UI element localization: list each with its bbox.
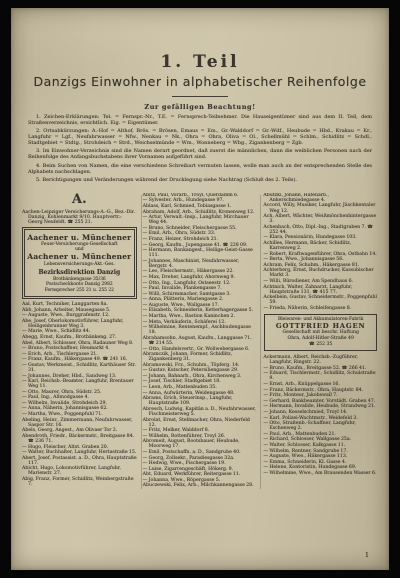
notice-heading: Zur gefälligen Beachtung! <box>11 103 389 111</box>
directory-entry: — Johannes, Maschinist, Neufahrwasser, B… <box>143 259 258 269</box>
directory-entry: Aal, Kurt, Techniker, Langgarten 8a. <box>22 302 137 307</box>
directory-entry: — Hugo, Fleischer, Altst. Graben 20. <box>22 445 137 450</box>
directory-entry: — Sylvester, Arb., Hundegasse 97. <box>143 198 258 203</box>
ad-phone-line: ☎ 252 35 <box>266 342 375 348</box>
notice-paragraph: 4. Beim Suchen von Namen, die eine versc… <box>28 164 372 176</box>
directory-entry: — Frieda, Näherin, Schleifengasse 8. <box>263 306 378 311</box>
directory-entry: — Emil, Arb., Ohra, Südstr. 33. <box>143 231 258 236</box>
directory-entry: Abels, Georg, Angest., Am Olivaer Tor 2. <box>22 428 137 433</box>
directory-entry: — Meta, Verkäuferin, Schäferei 12. <box>143 320 258 325</box>
directory-entry: — Otto, Handelsvertr., Gr. Wollwebergass… <box>143 347 258 352</box>
directory-entry: Abt, Eduard, Werkführer, Reitergasse 11. <box>143 472 258 477</box>
directory-entry: — Paul, Invalide, Plankengasse 7. <box>143 286 258 291</box>
book-page: 1. Teil Danzigs Einwohner in alphabetisc… <box>11 8 389 570</box>
directory-entry: — Walter, Buchhalter, Langfuhr, Hertastr… <box>22 450 137 455</box>
directory-entry: — Auguste, Wwe., Burggrafenstr. 12. <box>22 313 137 318</box>
directory-entry: — Anna, Plätterin, Mariengasse 2. <box>143 297 258 302</box>
directory-entry: — Karl, Reichsb.-Beamter, Langfuhr, Bren… <box>22 379 137 389</box>
directory-entry: — Leon, Arb., Mattenbuden 35. <box>143 385 258 390</box>
directory-entry: Abel, Albert, Schlosser, Ohra, Radauner … <box>22 341 137 346</box>
directory-entry: — Eduard, Tischlermstr., Schidlitz, Schu… <box>263 371 378 381</box>
directory-entry: — Walter, Schlosser, Kalkgasse 11. <box>263 443 378 448</box>
ad-branch-line: Bezirksdirektion Danzig <box>27 269 132 277</box>
directory-entry: Achterberg, Ernst, Buchdrucker, Kassubis… <box>263 268 378 278</box>
directory-entry: Abresch, Ludwig, Kapitän a. D., Neufahrw… <box>143 407 258 417</box>
notice-paragraph: 5. Berichtigungen und Veränderungen währ… <box>28 178 372 184</box>
directory-entry: — Emma, Schneiderin, Kl. Gasse 4. <box>263 460 378 465</box>
directory-entry: — Wilhelmine, Rentenempf., Aschbudengass… <box>143 325 258 335</box>
directory-entry: — Otto, Straßenb.-Schaffner, Langfuhr, E… <box>263 421 378 431</box>
directory-entry: — Georg, Zollsekr., Paradiesgasse 32a. <box>143 456 258 461</box>
directory-entry: — Ernst, Arb., Knüppelgasse 16. <box>263 382 378 387</box>
directory-entry: Abrahamsohn, August, Kaufm., Langgasse 7… <box>143 336 258 346</box>
directory-entry: — Marie, Wwe., Schidlitz 44. <box>22 329 137 334</box>
directory-entry: Abert, Josef, Postassist. a. D., Ohra, H… <box>22 456 137 466</box>
directory-entry: — Willi, Bürodiener, Am Spendhaus 6. <box>263 279 378 284</box>
page-number: 1 <box>365 551 369 559</box>
directory-entry: Abrams, Erich, Steuerinsp., Langfuhr, Ha… <box>143 396 258 406</box>
directory-entry: — Franz, Heizer, Strohdeich 21. <box>143 237 258 242</box>
directory-entry: — Leo, Fleischermstr., Häkergasse 22. <box>143 269 258 274</box>
page-subtitle: Danzigs Einwohner in alphabetischer Reih… <box>11 74 389 89</box>
directory-entry: — Robert, Kraftwagenführer, Ohra, Ostbah… <box>263 252 378 257</box>
column-divider <box>141 195 142 489</box>
directory-entry: — Karl, Polizei-Wachtmstr., Weidefeld 3. <box>263 416 378 421</box>
section-letter-a: A. <box>22 193 137 206</box>
directory-entry: — Gustav, Werkmeist., Schidlitz, Karthäu… <box>22 363 137 373</box>
entries-right-top: Abutzki, Johann, Hafenarb., Ankerschmied… <box>263 193 378 311</box>
directory-entry: Abb, Johann, Arbeiter, Mausegasse 5. <box>22 308 137 313</box>
directory-entry: — Josef, Tischler, Stadtgebiet 18. <box>143 379 258 384</box>
directory-entry: Ackelbein, Gustav, Schneidermstr., Pogge… <box>263 295 378 305</box>
directory-entry: — Helene, Kontoristin, Hundegasse 69. <box>263 465 378 470</box>
directory-entry: — Gustav, Kutscher, Petersiliengasse 29. <box>143 368 258 373</box>
directory-entry: — Hermann, Invalide, Heubude, Strandweg … <box>263 404 378 409</box>
entries-left-bottom: Aal, Kurt, Techniker, Langgarten 8a.Abb,… <box>22 302 137 487</box>
directory-entry: — Anna, Aufwärterin, Weidengasse 48. <box>143 391 258 396</box>
ad-title-line: Aachener u. Münchener <box>27 234 132 243</box>
directory-entry: — Artur, Verwalt.-Insp., Langfuhr, Mirch… <box>143 215 258 225</box>
directory-entry: Achilles, Hermann, Bäcker, Schidlitz, Ka… <box>263 241 378 251</box>
directory-entry: — Wilhelmine, Wwe., Am Brausenden Wasser… <box>263 471 378 476</box>
column-right: Abutzki, Johann, Hafenarb., Ankerschmied… <box>263 193 378 493</box>
directory-entry: Abegg, Ernst, Kaufm., Brotbänkeng. 27. <box>22 335 137 340</box>
directory-entry: — Klara, Pensionärin, Hundegasse 103. <box>263 235 378 240</box>
directory-entry: Abuczewski, Felix, Arb., Milchkannengass… <box>143 483 258 488</box>
directory-entry: — Emil, Postschaffn. a. D., Sandgrube 40… <box>143 450 258 455</box>
entries-middle: Abitz, Paul, Vorarb., Troyl, Querdamm 6.… <box>143 193 258 489</box>
entries-left-top: Aachen-Leipziger Versicherungs-A.-G., Be… <box>22 210 137 225</box>
directory-entry: — Fritz, Monteur, Jakobswall 7. <box>263 393 378 398</box>
title-divider <box>172 96 228 97</box>
directory-entry: — Max, Dreher, Langfuhr, Ahornweg 9. <box>143 275 258 280</box>
directory-entry: — Paul, Ing., Allmodgasse 4. <box>22 395 137 400</box>
directory-entry: Abeling, Heinr., Zimmermann, Neufahrwass… <box>22 418 137 428</box>
directory-entry: Abendroth, Friedr., Bäckermstr., Breitga… <box>22 434 137 444</box>
directory-entry: — Hermann, Bankangest., Heilige-Geist-Ga… <box>143 248 258 258</box>
directory-entry: — Elisabeth, Schneiderin, Ketterhagergas… <box>143 308 258 313</box>
directory-entry: — Wilhelm, Rentner, Sandgrube 17. <box>263 449 378 454</box>
ad-subtitle-line: Lebensversicherungs-Akt.-Ges. <box>27 262 132 267</box>
directory-entry: Ach, Albert, Wächter, Weißmönchenhinterg… <box>263 214 378 224</box>
directory-entry: Abe, Josef, Oberlokomotivführer, Langfuh… <box>22 319 137 329</box>
directory-entry: — Berta, Wwe., Johannisgasse 56. <box>263 257 378 262</box>
page-title: 1. Teil <box>11 52 389 72</box>
directory-entry: — Franz, Bäckermstr., Ohra, Hauptstr. 84… <box>263 388 378 393</box>
directory-entry: — Anna, Näherin, Johannisgasse 62. <box>22 406 137 411</box>
directory-entry: — Franz, Kaufm., Häkergasse 49. ☎ 241 16… <box>22 357 137 362</box>
notice-paragraph: 3. Im Einwohner-Verzeichnis sind die Nam… <box>28 149 372 161</box>
directory-entry: Achtnich, Walter, Zahnarzt, Langfuhr, Ha… <box>263 285 378 295</box>
directory-entry: Abutzki, Johann, Hafenarb., Ankerschmied… <box>263 193 378 203</box>
column-divider <box>260 195 261 489</box>
column-left: A. Aachen-Leipziger Versicherungs-A.-G.,… <box>22 193 137 493</box>
directory-entry: — Otto, Ing., Langfuhr, Ostseestr. 12. <box>143 281 258 286</box>
directory-entry: — Auguste, Wwe., Häkergasse 113. <box>263 454 378 459</box>
directory-entry: — Hedwig, Wwe., Fischergasse 19. <box>143 461 258 466</box>
directory-entry: Abrolat, Ernst, Stellmacher, Ohra, Niede… <box>143 418 258 428</box>
directory-entry: Ackermann, Albert, Reichsb.-Zugführer, L… <box>263 355 378 365</box>
directory-entry: Achenbach, Otto, Dipl.-Ing., Stadtgraben… <box>263 225 378 235</box>
ad-phone-line: Fernsprecher 255 21 u. 255 22 <box>27 288 132 294</box>
directory-entry: — Martha, Wwe., Bastion Kaninchen 2. <box>143 314 258 319</box>
notice-paragraphs: 1. Zeichen-Erklärungen: Tel. = Fernspr.-… <box>28 115 372 184</box>
directory-entry: — Richard, Schlosser, Wallgasse 25a. <box>263 437 378 442</box>
directory-entry: Abraham, Adolf, Arb., Schidlitz, Kronenw… <box>143 210 258 215</box>
directory-entry: — Johann, Kesselschmied, Troyl 14. <box>263 410 378 415</box>
entries-right-bottom: Ackermann, Albert, Reichsb.-Zugführer, L… <box>263 355 378 476</box>
directory-entry: — Georg, Kaufm., Jopengasse 41. ☎ 228 09… <box>143 243 258 248</box>
ad-gottfried-hagen: Bleiwaren- und Akkumulatoren-Fabrik GOTT… <box>264 314 377 352</box>
directory-columns: A. Aachen-Leipziger Versicherungs-A.-G.,… <box>22 193 378 493</box>
notice-paragraph: 2. Ortsabkürzungen: A.-Hof = Althof, Brö… <box>28 129 372 147</box>
directory-entry: — Fritz, Melker, Walddorf 8. <box>143 428 258 433</box>
directory-entry: Abig, Franz, Former, Schidlitz, Weinberg… <box>22 477 137 487</box>
directory-entry: Accord, Willy, Musiker, Langfuhr, Jäschk… <box>263 203 378 213</box>
directory-entry: — Martha, Wwe., Poggenpfuhl 71. <box>22 412 137 417</box>
directory-entry: Abramczik, Johann, Former, Schidlitz, Zi… <box>143 352 258 362</box>
directory-entry: — Bruno, Postschaffner, Heumarkt 4. <box>22 346 137 351</box>
column-middle: Abitz, Paul, Vorarb., Troyl, Querdamm 6.… <box>143 193 258 493</box>
directory-entry: Aachen-Leipziger Versicherungs-A.-G., Be… <box>22 210 137 225</box>
directory-entry: — Johannes, Dreher, Hbd., Sandweg 13. <box>22 374 137 379</box>
ad-aachener-muenchener: Aachener u. Münchener Feuer-Versicherung… <box>24 229 135 297</box>
ad-title-line: Aachener u. Münchener <box>27 253 132 262</box>
notice-paragraph: 1. Zeichen-Erklärungen: Tel. = Fernspr.-… <box>28 115 372 127</box>
directory-entry: Abromeit, August, Bootsbauer, Heubude, M… <box>143 439 258 449</box>
scan-background: 1. Teil Danzigs Einwohner in alphabetisc… <box>0 0 400 578</box>
directory-entry: Abicht, Hugo, Lokomotivführer, Langfuhr,… <box>22 466 137 476</box>
directory-entry: Ablass, Karl, Schmied, Tobiasgasse 1. <box>143 204 258 209</box>
